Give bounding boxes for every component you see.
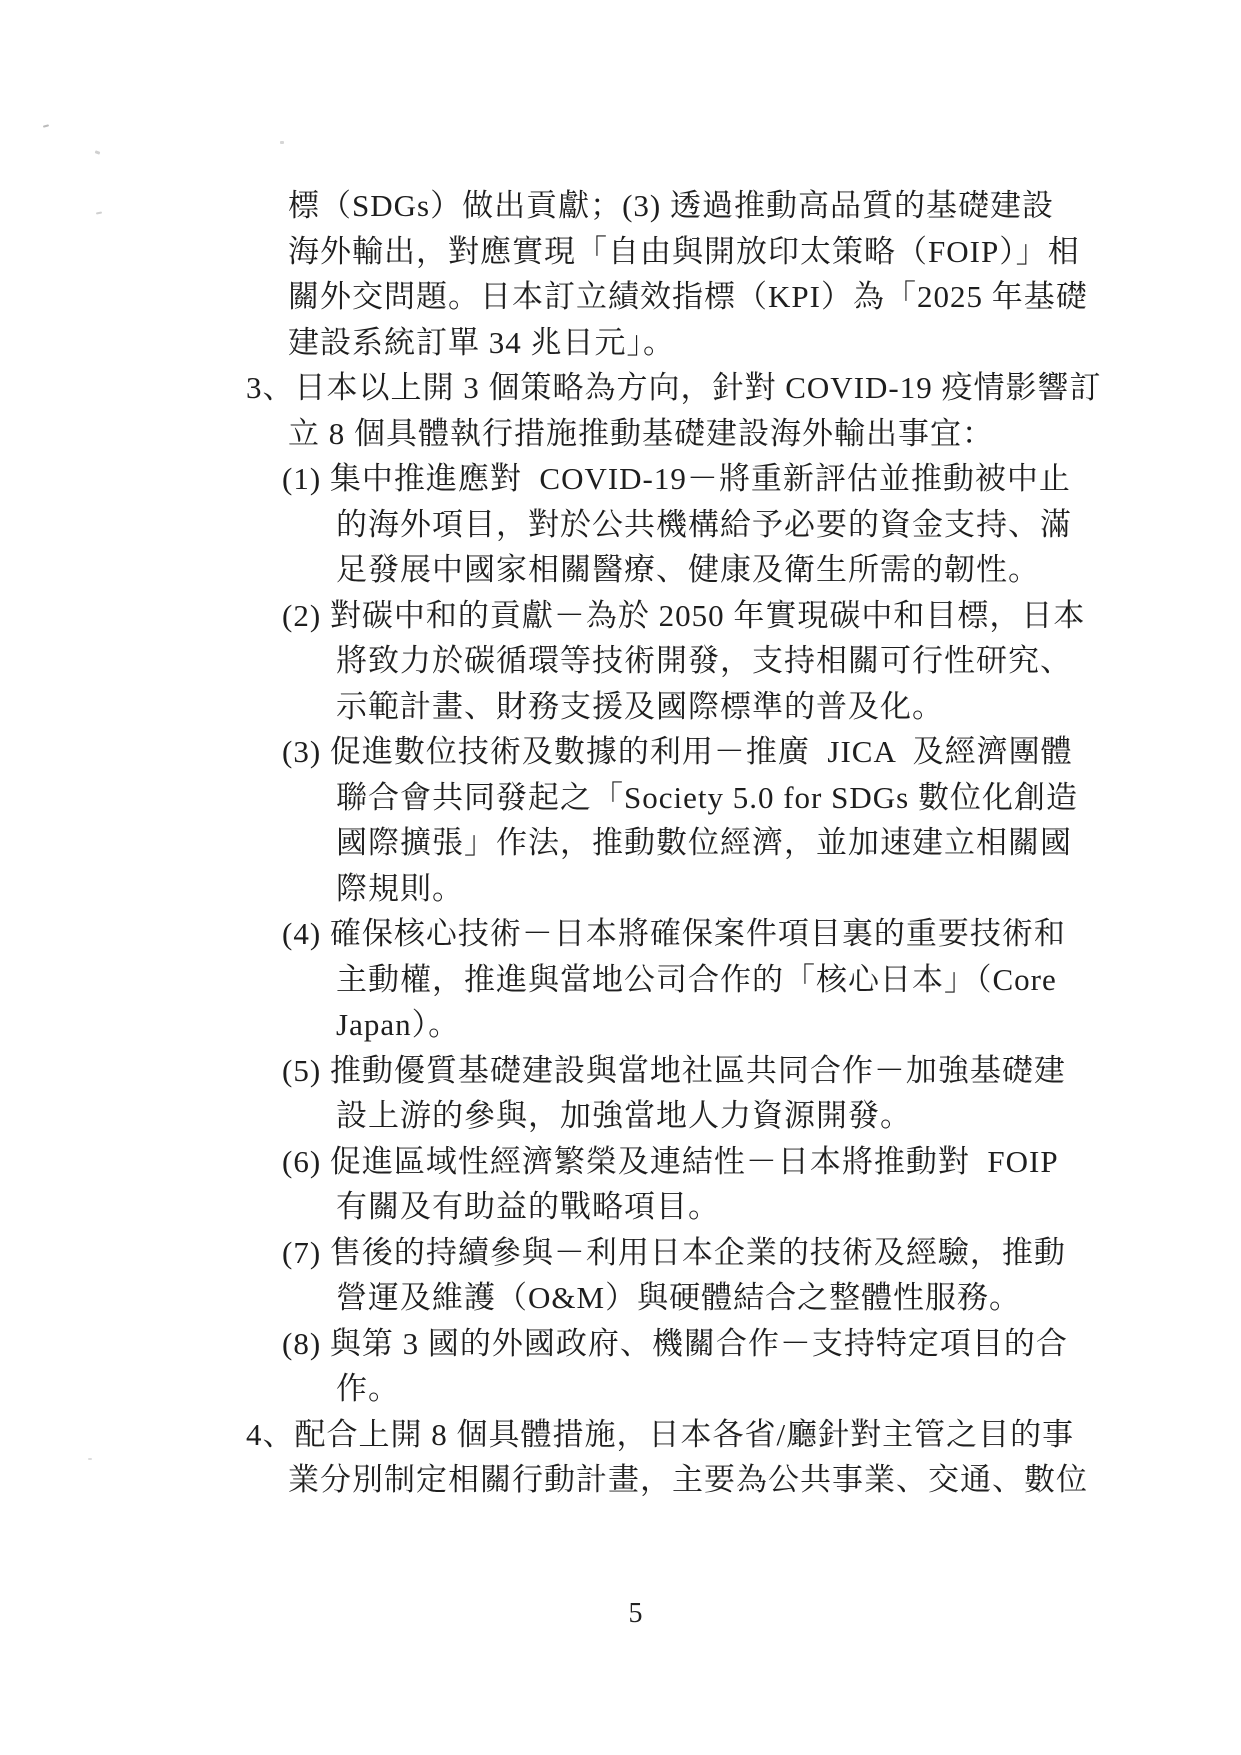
document-line: 海外輸出，對應實現「自由與開放印太策略（FOIP）」相: [246, 229, 1036, 275]
document-line: (8) 與第 3 國的外國政府、機關合作－支持特定項目的合: [246, 1321, 1036, 1367]
document-line: (5) 推動優質基礎建設與當地社區共同合作－加強基礎建: [246, 1048, 1036, 1094]
scan-artifact: [88, 1458, 92, 1460]
document-line: 示範計畫、財務支援及國際標準的普及化。: [246, 684, 1036, 730]
document-line: 國際擴張」作法，推動數位經濟，並加速建立相關國: [246, 820, 1036, 866]
document-line: 聯合會共同發起之「Society 5.0 for SDGs 數位化創造: [246, 775, 1036, 821]
document-line: 標（SDGs）做出貢獻；(3) 透過推動高品質的基礎建設: [246, 183, 1036, 229]
document-line: 3、日本以上開 3 個策略為方向，針對 COVID-19 疫情影響訂: [246, 365, 1036, 411]
document-line: (2) 對碳中和的貢獻－為於 2050 年實現碳中和目標，日本: [246, 593, 1036, 639]
document-line: 足發展中國家相關醫療、健康及衛生所需的韌性。: [246, 547, 1036, 593]
document-line: 的海外項目，對於公共機構給予必要的資金支持、滿: [246, 502, 1036, 548]
document-line: 營運及維護（O&M）與硬體結合之整體性服務。: [246, 1275, 1036, 1321]
document-line: 關外交問題。日本訂立績效指標（KPI）為「2025 年基礎: [246, 274, 1036, 320]
document-line: 作。: [246, 1366, 1036, 1412]
document-line: (7) 售後的持續參與－利用日本企業的技術及經驗，推動: [246, 1230, 1036, 1276]
scanned-document-page: 標（SDGs）做出貢獻；(3) 透過推動高品質的基礎建設海外輸出，對應實現「自由…: [0, 0, 1241, 1755]
document-line: 將致力於碳循環等技術開發，支持相關可行性研究、: [246, 638, 1036, 684]
document-line: (1) 集中推進應對 COVID-19－將重新評估並推動被中止: [246, 456, 1036, 502]
document-body-text: 標（SDGs）做出貢獻；(3) 透過推動高品質的基礎建設海外輸出，對應實現「自由…: [246, 183, 1036, 1503]
document-line: 建設系統訂單 34 兆日元」。: [246, 320, 1036, 366]
scan-artifact: [96, 211, 102, 214]
scan-artifact: [43, 124, 49, 127]
document-line: 業分別制定相關行動計畫，主要為公共事業、交通、數位: [246, 1457, 1036, 1503]
document-line: (3) 促進數位技術及數據的利用－推廣 JICA 及經濟團體: [246, 729, 1036, 775]
document-line: 立 8 個具體執行措施推動基礎建設海外輸出事宜：: [246, 411, 1036, 457]
document-line: (4) 確保核心技術－日本將確保案件項目裏的重要技術和: [246, 911, 1036, 957]
document-line: 有關及有助益的戰略項目。: [246, 1184, 1036, 1230]
document-line: 主動權，推進與當地公司合作的「核心日本」（Core: [246, 957, 1036, 1003]
document-line: (6) 促進區域性經濟繁榮及連結性－日本將推動對 FOIP: [246, 1139, 1036, 1185]
document-line: 設上游的參與，加強當地人力資源開發。: [246, 1093, 1036, 1139]
document-line: Japan）。: [246, 1002, 1036, 1048]
page-number: 5: [0, 1598, 1241, 1630]
document-line: 4、配合上開 8 個具體措施，日本各省/廳針對主管之目的事: [246, 1412, 1036, 1458]
document-line: 際規則。: [246, 866, 1036, 912]
scan-artifact: [95, 150, 101, 155]
scan-artifact: [280, 141, 284, 144]
